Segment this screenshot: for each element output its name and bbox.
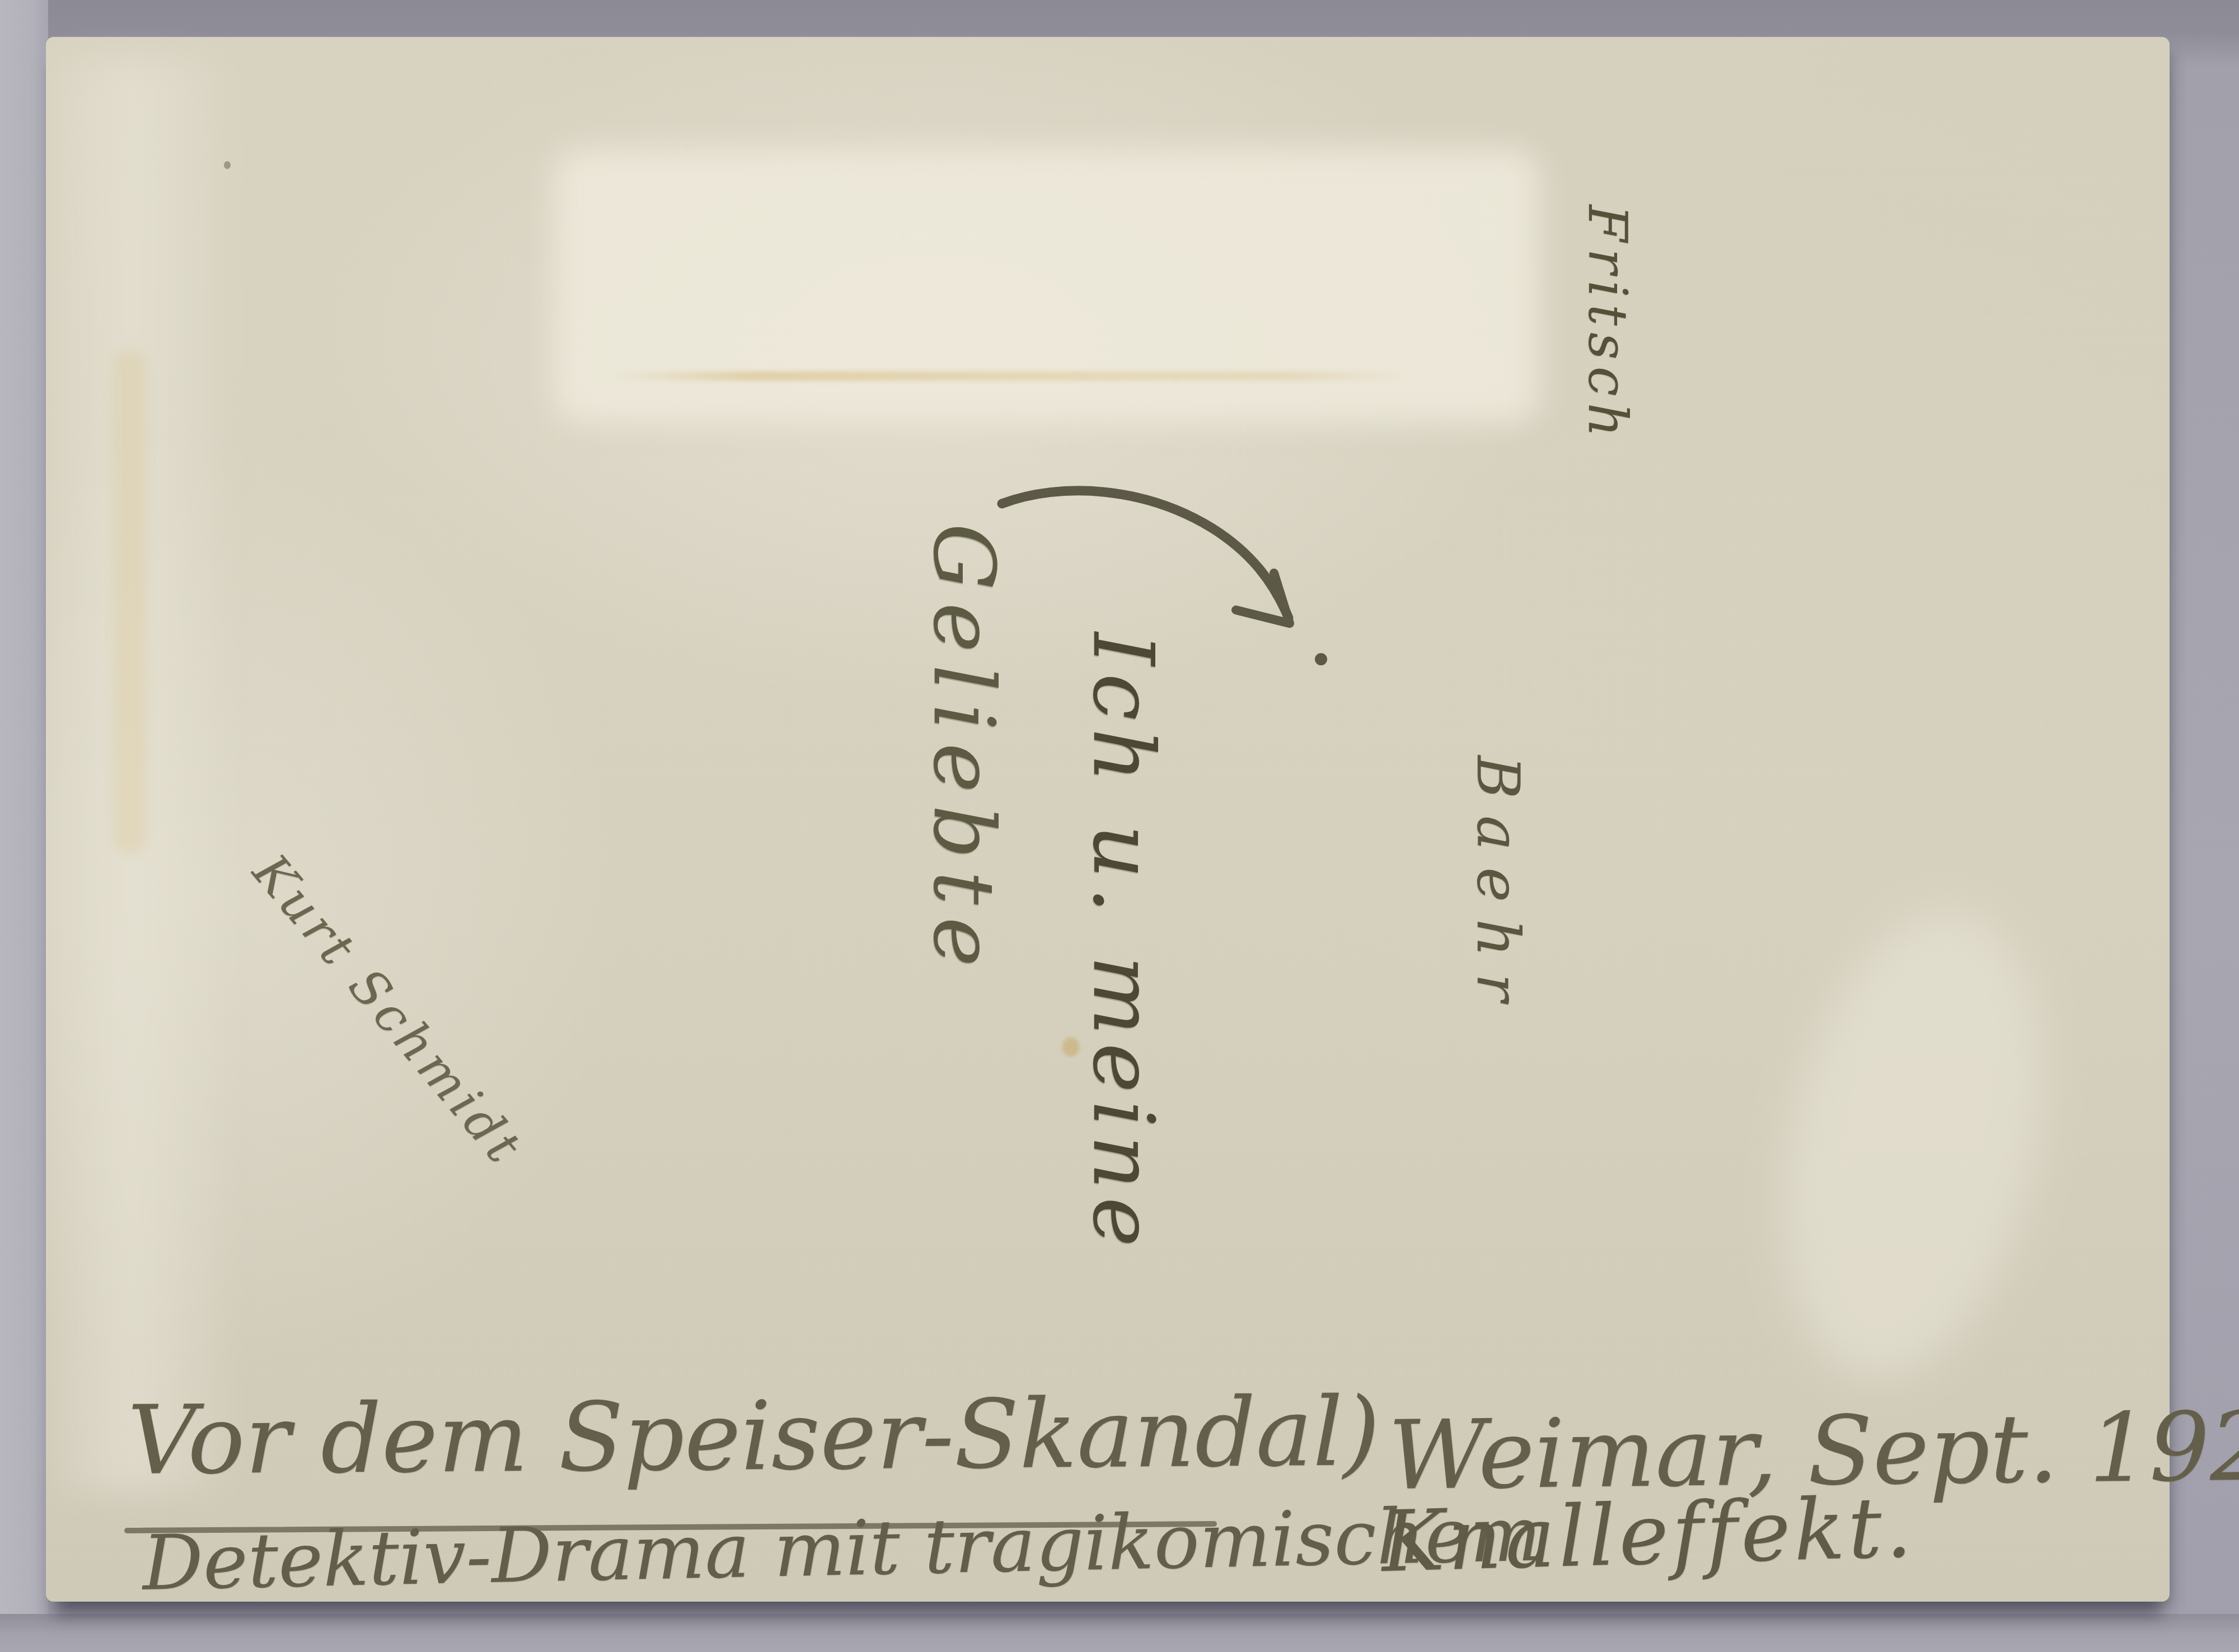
- mount-board-left-edge: [0, 0, 48, 1652]
- paint-streak-right: [1746, 890, 2079, 1400]
- insertion-arrow-icon: [961, 477, 1358, 684]
- mount-board-bottom-edge: [0, 1614, 2239, 1652]
- annotation-name-fritsch: Fritsch: [1580, 205, 1633, 444]
- ink-speck: [224, 161, 231, 169]
- residue-amber-drip: [611, 372, 1406, 381]
- paint-streak-left: [56, 59, 224, 1492]
- amber-streak-left: [113, 350, 147, 854]
- annotation-name-baehr: Baehr: [1468, 755, 1527, 1019]
- photo-scan: Fritsch Baehr Kurt Schmidt Ich u. meine …: [0, 0, 2239, 1652]
- caption-line2-right: Knalleffekt.: [1380, 1486, 1916, 1585]
- caption-line1-left: Vor dem Speiser-Skandal): [127, 1385, 1380, 1489]
- glue-residue-patch: [554, 149, 1539, 423]
